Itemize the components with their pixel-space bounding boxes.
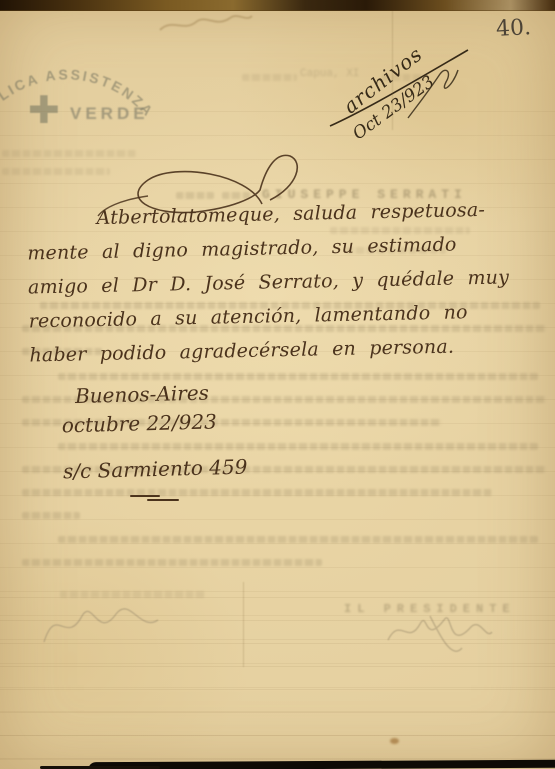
paper-crease (392, 10, 393, 130)
paraph-flourish (98, 196, 148, 216)
scan-top-edge (0, 0, 555, 11)
secretary-signature (44, 609, 158, 642)
paper-stain (390, 738, 399, 744)
president-signature (388, 616, 492, 651)
paper-crease (243, 582, 244, 667)
scanned-letter-page: Capua, XI GIUSEPPE SERRATI IL PRESIDENTE… (0, 0, 555, 769)
pencil-scrawl (160, 16, 252, 30)
ink-strokes-overlay (0, 0, 555, 769)
archive-note-flourish (408, 70, 458, 118)
paraph-flourish (138, 155, 297, 212)
